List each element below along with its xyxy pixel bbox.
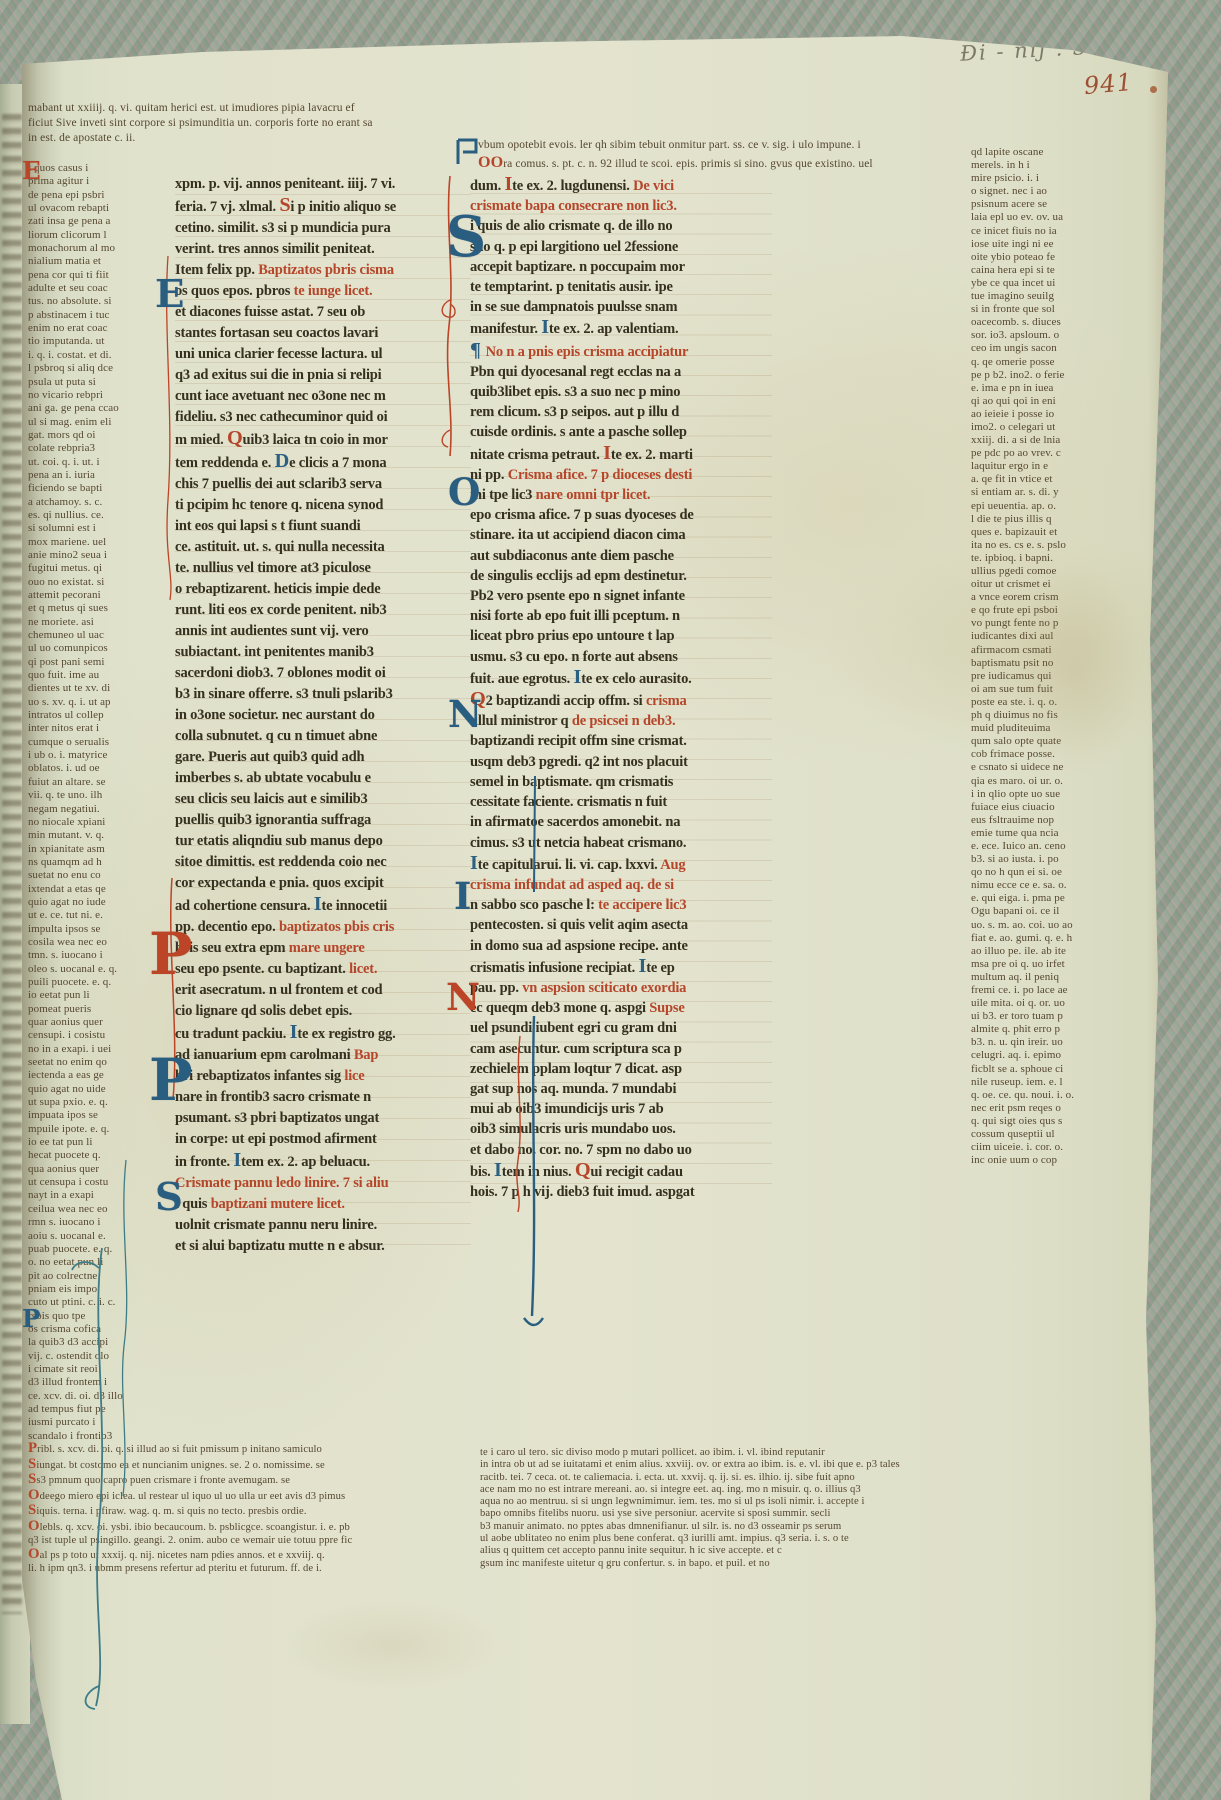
body-text: manifestur. (470, 321, 541, 337)
text-line: quib3libet epis. s3 a suo nec p mino (470, 382, 772, 402)
text-line: feria. 7 vj. xlmal. Si p initio aliquo s… (175, 195, 471, 218)
body-text: te innocetii (321, 898, 387, 914)
text-line: dientes ut te xv. di (28, 682, 174, 695)
text-line: Ogu bapani oi. ce il (971, 905, 1177, 918)
text-line: usmu. s3 cu epo. n forte aut absens (470, 647, 772, 667)
text-line: in est. de apostate c. ii. (28, 131, 478, 146)
text-line: crismate bapa consecrare non lic3. (470, 196, 772, 216)
text-line: min mutant. v. q. (28, 829, 174, 842)
text-line: mpuile ipote. e. q. (28, 1123, 174, 1136)
text-line: si solumni est i (28, 522, 174, 535)
text-line: si in fronte que sol (971, 303, 1177, 316)
body-text: feria. 7 vj. xlmal. (175, 199, 279, 215)
text-line: vij. c. ostendit olo (28, 1350, 174, 1363)
text-line: ut. coi. q. i. ut. i (28, 456, 174, 469)
text-line: sitoe dimittis. est reddenda coio nec (175, 852, 471, 873)
text-line: pre iudicamus qui (971, 670, 1177, 683)
text-line: o rebaptizarent. heticis impie dede (175, 579, 471, 600)
blue-initial-text: D (275, 450, 289, 472)
text-line: anie mino2 seua i (28, 549, 174, 562)
text-line: multum aq. il peniq (971, 971, 1177, 984)
illuminated-initial: I (454, 879, 471, 913)
text-line: in domo sua ad aspsione recipe. ante (470, 936, 772, 956)
body-text: ribl. s. xcv. di. oi. q. si illud ao si … (37, 1444, 322, 1455)
text-line: oite ybio poteao fe (971, 251, 1177, 264)
folio-number: 941 (1083, 68, 1134, 100)
text-line: i quis baptizani mutere licet. (175, 1194, 471, 1215)
text-line: tio imputanda. ut (28, 335, 174, 348)
text-line: q. qui sigt oies qus s (971, 1115, 1177, 1128)
text-line: es. qi nullius. ce. (28, 509, 174, 522)
text-line: ce. xcv. di. oi. d3 illo (28, 1390, 174, 1403)
text-line: e. ece. Iuico an. ceno (971, 840, 1177, 853)
body-text: bri rebaptizatos infantes sig (175, 1068, 344, 1084)
left-marginal-gloss: t quos casus iprima agitur ide pena epi … (28, 162, 174, 1444)
text-line: gat. mors qd oi (28, 429, 174, 442)
blue-initial-text: I (494, 1159, 502, 1181)
rubric-text: baptizani mutere licet. (211, 1196, 345, 1212)
blue-initial-text: ¶ (470, 339, 486, 361)
text-line: ui b3. er toro tuam p (971, 1010, 1177, 1023)
text-line: te. ipbioq. i bapni. (971, 552, 1177, 565)
text-line: a vnce eorem crism (971, 591, 1177, 604)
illuminated-initial: S (155, 1180, 183, 1216)
text-line: uo. s. m. ao. coi. uo ao (971, 919, 1177, 932)
text-line: ullul ministror q de psicsei n deb3. (470, 711, 772, 731)
text-line: ouo no existat. si (28, 576, 174, 589)
text-line: eus fsltrauime nop (971, 814, 1177, 827)
rubric-text: mare ungere (289, 940, 365, 956)
text-line: vo pungt fente no p (971, 617, 1177, 630)
text-line: zechielem pplam loqtur 7 dicat. asp (470, 1059, 772, 1079)
text-line: liorum clicorum l (28, 229, 174, 242)
rubric-text: Aug (660, 857, 685, 873)
text-line: la quib3 d3 accipi (28, 1336, 174, 1349)
text-line: xpm. p. vij. annos peniteant. iiij. 7 vi… (175, 174, 471, 195)
body-text: q3 ist tuple ul psingillo. geangi. 2. on… (28, 1535, 352, 1546)
text-line: in xpianitate asm (28, 843, 174, 856)
parchment-stain (282, 1600, 502, 1690)
text-line: mui ab oib3 imundicijs uris 7 ab (470, 1099, 772, 1119)
text-line: Pb2 vero psente epo n signet infante (470, 586, 772, 606)
text-line: hois. 7 p h vij. dieb3 fuit imud. aspgat (470, 1182, 772, 1202)
text-line: a atchamoy. s. c. (28, 496, 174, 509)
text-line: uni unica clarier fecesse lactura. ul (175, 344, 471, 365)
text-line: gare. Pueris aut quib3 quid adh (175, 747, 471, 768)
text-line: aoiu s. uocanal e. (28, 1230, 174, 1243)
text-line: qo no h qun ei si. oe (971, 866, 1177, 879)
body-text: tem in nius. (502, 1164, 575, 1180)
body-text: ad cohertione censura. (175, 898, 314, 914)
text-line: sacerdoni diob3. 7 oblones modit oi (175, 663, 471, 684)
text-line: Siquis. terna. i pfiraw. wag. q. m. si q… (28, 1503, 480, 1519)
text-line: ec queqm deb3 mone q. aspgi Supse (470, 998, 772, 1018)
text-line: pit ao colrectne (28, 1270, 174, 1283)
text-line: quio agat no iude (28, 896, 174, 909)
text-line: no niocale xpiani (28, 816, 174, 829)
text-line: ao illuo pe. ile. ab ite (971, 945, 1177, 958)
text-line: ad ianuarium epm carolmani Bap (175, 1045, 471, 1066)
text-line: stantes fortasan seu coactos lavari (175, 323, 471, 344)
text-line: zati insa ge pena a (28, 215, 174, 228)
rubric-text: te accipere lic3 (598, 897, 686, 913)
text-line: ut censupa i costu (28, 1176, 174, 1189)
text-line: pe p b2. ino2. o ferie (971, 369, 1177, 382)
body-text: te capitularui. li. vi. cap. lxxvi. (478, 857, 661, 873)
text-line: i ub o. i. matyrice (28, 749, 174, 762)
text-line: tem reddenda e. De clicis a 7 mona (175, 451, 471, 474)
text-line: crismatis infusione recipiat. Ite ep (470, 956, 772, 978)
text-line: usqm deb3 pgredi. q2 int nos placuit (470, 752, 772, 772)
text-line: gsum inc manifeste uitetur q gru confert… (480, 1558, 1002, 1570)
text-line: li. h ipm qn3. i ubmm presens refertur a… (28, 1563, 480, 1576)
text-line: no vicario rebpri (28, 389, 174, 402)
text-line: ita no es. cs e. s. pslo (971, 539, 1177, 552)
text-line: de singulis ecclijs ad epm destinetur. (470, 566, 772, 586)
text-line: pau. pp. vn aspsion sciticato exordia (470, 978, 772, 998)
text-line: attemit pecorani (28, 589, 174, 602)
text-line: Item felix pp. Baptizatos pbris cisma (175, 260, 471, 281)
body-text: crismatis infusione recipiat. (470, 960, 639, 976)
body-text: dum. (470, 178, 504, 194)
text-line: in o3one societur. nec aurstant do (175, 705, 471, 726)
text-line: alius q quittem cet accepto pannu inite … (480, 1545, 1002, 1557)
rubric-text: baptizatos pbis cris (279, 919, 394, 935)
red-ink-dot (1150, 86, 1157, 93)
text-line: te i caro ul tero. sic diviso modo p mut… (480, 1447, 1002, 1459)
text-line: monachorum al mo (28, 242, 174, 255)
text-line: ti pcipim hc tenore q. nicena synod (175, 495, 471, 516)
bottom-gloss-right: te i caro ul tero. sic diviso modo p mut… (480, 1447, 1002, 1555)
text-line: ul aobe ublitateo no enim plus bene conf… (480, 1533, 1002, 1545)
text-line: caina hera epi si te (971, 264, 1177, 277)
text-line: e qo frute epi psboi (971, 604, 1177, 617)
text-line: fugitui metus. qi (28, 562, 174, 575)
illuminated-initial: N (448, 697, 482, 731)
text-line: baptizandi recipit offm sine crismat. (470, 731, 772, 751)
text-line: chemuneo ul uac (28, 629, 174, 642)
text-line: nare in frontib3 sacro crismate n (175, 1087, 471, 1108)
body-text: 2 baptizandi accip offm. si (486, 693, 646, 709)
text-line: ficiendo se bapti (28, 482, 174, 495)
text-line: manifestur. Ite ex. 2. ap valentiam. (470, 317, 772, 339)
body-text: al ps p toto ut xxxij. q. nij. nicetes n… (40, 1550, 325, 1561)
text-line: os crisma cofica (28, 1323, 174, 1336)
illuminated-initial: E (155, 277, 184, 313)
text-line: t quos casus i (28, 162, 174, 175)
text-line: oi am sue tum fuit (971, 683, 1177, 696)
text-line: ceilua wea nec eo (28, 1203, 174, 1216)
rubric-text: crismate bapa consecrare non lic3. (470, 198, 677, 214)
text-line: i cimate sit reoi (28, 1363, 174, 1376)
illuminated-initial: E (22, 160, 41, 183)
text-line: oblatos. i. ud oe (28, 762, 174, 775)
text-line: tue imagino seuilg (971, 290, 1177, 303)
body-text: li. h ipm qn3. i ubmm presens refertur a… (28, 1563, 322, 1574)
text-line: almite q. phit erro p (971, 1023, 1177, 1036)
rubric-text: licet. (349, 961, 377, 977)
text-line: b3. si ao iusta. i. po (971, 853, 1177, 866)
rubric-text: O (28, 1487, 40, 1503)
text-line: mabant ut xxiiij. q. vi. quitam herici e… (28, 101, 478, 116)
text-line: pomeat pueris (28, 1003, 174, 1016)
text-line: stinare. ita ut accipiend diacon cima (470, 525, 772, 545)
text-line: io ee tat pun li (28, 1136, 174, 1149)
text-line: e. ima e pn in iuea (971, 382, 1177, 395)
text-line: l psbroq si aliq dce (28, 362, 174, 375)
body-text: iquis. terna. i pfiraw. wag. q. m. si qu… (36, 1506, 306, 1517)
top-marginal-gloss: mabant ut xxiiij. q. vi. quitam herici e… (28, 101, 478, 149)
body-text: ui recigit cadau (590, 1164, 682, 1180)
text-line: ybe ce qua incet ui (971, 277, 1177, 290)
text-line: in afirmatoe sacerdos amonebit. na (470, 812, 772, 832)
text-line: in fronte. Item ex. 2. ap beluacu. (175, 1150, 471, 1173)
text-line: cam asecuntur. cum scriptura sca p (470, 1039, 772, 1059)
text-line: mox mariene. uel (28, 536, 174, 549)
text-line: iose uite ingi ni ee (971, 238, 1177, 251)
text-line: Oal ps p toto ut xxxij. q. nij. nicetes … (28, 1547, 480, 1563)
text-line: ace nam mo no est intrare mereani. ao. s… (480, 1484, 1002, 1496)
text-line: in corpe: ut epi postmod afirment (175, 1129, 471, 1150)
text-line: vbum opotebit evois. ler qh sibim tebuit… (478, 136, 1008, 155)
text-line: a. qe fit in vtice et (971, 473, 1177, 486)
body-text: te ex. 2. marti (611, 447, 693, 463)
text-line: et diacones fuisse astat. 7 seu ob (175, 302, 471, 323)
text-line: ullius pgedi comoe (971, 565, 1177, 578)
rubric-text: Bap (354, 1047, 378, 1063)
text-line: fremi ce. i. po lace ae (971, 984, 1177, 997)
text-line: Pribl. s. xcv. di. oi. q. si illud ao si… (28, 1441, 480, 1457)
text-line: suo q. p epi largitiono uel 2fessione (470, 237, 772, 257)
blue-initial-text: I (233, 1149, 241, 1171)
text-line: ph q diuimus no fis (971, 709, 1177, 722)
body-text: ra comus. s. pt. c. n. 92 illud te scoi.… (503, 158, 872, 170)
text-line: psumant. s3 pbri baptizatos ungat (175, 1108, 471, 1129)
text-line: Olebls. q. xcv. oi. ysbi. ibio becaucoum… (28, 1519, 480, 1535)
text-line: ficiut Sive inveti sint corpore si psimu… (28, 116, 478, 131)
text-line: ad cohertione censura. Ite innocetii (175, 894, 471, 917)
text-line: fideliu. s3 nec cathecuminor quid oi (175, 407, 471, 428)
text-line: xxiij. di. a si de lnia (971, 434, 1177, 447)
text-line: b3 manuir animato. no pptes abas dmnenif… (480, 1521, 1002, 1533)
text-line: cessitate faciente. crismatis n fuit (470, 792, 772, 812)
text-line: nec erit psm reqes o (971, 1102, 1177, 1115)
text-line: ce. astituit. ut. s. qui nulla necessita (175, 537, 471, 558)
text-line: ciim uiceie. i. cor. o. (971, 1141, 1177, 1154)
text-line: subiactant. int penitentes manib3 (175, 642, 471, 663)
text-line: pena cor qui ti fiit (28, 269, 174, 282)
body-text: n sabbo sco pasche l: (470, 897, 598, 913)
text-line: colla subnutet. q cu n timuet abne (175, 726, 471, 747)
text-line: bis. Item in nius. Qui recigit cadau (470, 1160, 772, 1182)
photograph-of-manuscript: { "page_marks": { "inscription": "Ði - n… (0, 0, 1221, 1800)
text-line: merels. in h i (971, 159, 1177, 172)
rubric-text: lice (344, 1068, 364, 1084)
text-line: cob frimace posse. (971, 748, 1177, 761)
text-line: Siungat. bt costomo ea et nuncianim unig… (28, 1457, 480, 1473)
manuscript-page: Ði - nij . 33 941 mabant ut xxiiij. q. v… (22, 0, 1174, 1800)
body-text: uib3 laica tn coio in mor (243, 432, 388, 448)
rubric-text: crisma infundat ad asped aq. de si (470, 877, 674, 893)
text-line: semel in baptismate. qm crismatis (470, 772, 772, 792)
text-line: accepit baptizare. n poccupaim mor (470, 257, 772, 277)
text-line: puellis quib3 ignorantia suffraga (175, 810, 471, 831)
text-line: cor expectanda e pnia. quos excipit (175, 873, 471, 894)
text-line: et si alui baptizatu mutte n e absur. (175, 1236, 471, 1257)
rubric-text: Crisma afice. 7 p dioceses desti (508, 467, 693, 483)
body-text: bis. (470, 1164, 494, 1180)
text-line: pentecosten. si quis velit aqim asecta (470, 915, 772, 935)
text-line: aut subdiaconus ante diem pasche (470, 546, 772, 566)
text-line: runt. liti eos ex corde penitent. nib3 (175, 600, 471, 621)
text-line: inter nitos erat i (28, 722, 174, 735)
text-line: b3. n. u. qin ireir. uo (971, 1036, 1177, 1049)
text-line: gat sup nos aq. munda. 7 mundabi (470, 1079, 772, 1099)
text-line: oacecomb. s. diuces (971, 316, 1177, 329)
text-line: ul si mag. enim eli (28, 416, 174, 429)
text-line: in intra ob ut ad se iuitatami et enim a… (480, 1459, 1002, 1471)
text-line: bri rebaptizatos infantes sig lice (175, 1066, 471, 1087)
blue-initial-text: I (541, 316, 549, 338)
text-line: fuiut an altare. se (28, 776, 174, 789)
text-line: qd lapite oscane (971, 146, 1177, 159)
rubric-text: te iunge licet. (294, 283, 373, 299)
text-line: colate rebpria3 (28, 442, 174, 455)
text-line: epo crisma afice. 7 p suas dyoceses de (470, 505, 772, 525)
text-line: ixtendat a etas qe (28, 883, 174, 896)
text-line: censupi. i cosistu (28, 1029, 174, 1042)
text-line: pniam eis impo (28, 1283, 174, 1296)
body-text: in fronte. (175, 1154, 233, 1170)
text-line: dum. Ite ex. 2. lugdunensi. De vici (470, 174, 772, 196)
rubric-text: Baptizatos pbris cisma (258, 262, 394, 278)
rubric-text: OO (478, 154, 503, 171)
text-line: cumque o serualis (28, 736, 174, 749)
body-text: cu tradunt packiu. (175, 1026, 290, 1042)
text-line: ne moriete. asi (28, 616, 174, 629)
text-line: crisma infundat ad asped aq. de si (470, 875, 772, 895)
text-line: seu epo psente. cu baptizant. licet. (175, 959, 471, 980)
text-line: ce inicet fiuis no ia (971, 225, 1177, 238)
text-line: erit asecratum. n ul frontem et cod (175, 980, 471, 1001)
text-line: racitb. tei. 7 ceca. ot. te caliemacia. … (480, 1472, 1002, 1484)
body-text: fuit. aue egrotus. (470, 671, 573, 687)
text-line: uo s. xv. q. i. ut ap (28, 696, 174, 709)
text-line: poste ea ste. i. q. o. (971, 696, 1177, 709)
text-line: qum salo opte quate (971, 735, 1177, 748)
body-text: te ep (646, 960, 674, 976)
text-line: muid pluditeuima (971, 722, 1177, 735)
text-line: annis int audientes sunt vij. vero (175, 621, 471, 642)
body-text: lebls. q. xcv. oi. ysbi. ibio becaucoum.… (40, 1522, 350, 1533)
blue-initial-text: I (470, 852, 478, 874)
text-line: baptismatu psit no (971, 657, 1177, 670)
illuminated-initial: P (149, 928, 192, 981)
text-line: rmn s. iuocano i (28, 1216, 174, 1229)
text-line: mire psicio. i. i (971, 172, 1177, 185)
text-line: uel psundi iubent egri cu gram dni (470, 1018, 772, 1038)
text-line: b3 in sinare offerre. s3 tnuli pslarib3 (175, 684, 471, 705)
text-line: msa pre oi q. uo irfet (971, 958, 1177, 971)
body-text: te ex registro gg. (297, 1026, 395, 1042)
text-line: celugri. aq. i. epimo (971, 1049, 1177, 1062)
text-line: quar aonius quer (28, 1016, 174, 1029)
text-line: io eetat pun li (28, 989, 174, 1002)
text-line: i in qlio opte uo sue (971, 788, 1177, 801)
text-line: cu tradunt packiu. Ite ex registro gg. (175, 1022, 471, 1045)
text-line: q3 ad exitus sui die in pnia si relipi (175, 365, 471, 386)
text-line: nile ruseup. iem. e. l (971, 1076, 1177, 1089)
text-line: et q metus qi sues (28, 602, 174, 615)
text-line: negam negatiui. (28, 803, 174, 816)
text-line: chis 7 puellis dei aut sclarib3 serva (175, 474, 471, 495)
text-line: ad tempus fiut pe (28, 1403, 174, 1416)
text-line: nimu ecce ce e. sa. o. (971, 879, 1177, 892)
text-line: fuit. aue egrotus. Ite ex celo aurasito. (470, 667, 772, 689)
text-line: te. nullius vel timore at3 piculose (175, 558, 471, 579)
text-line: et dabo no. cor. no. 7 spm no dabo uo (470, 1140, 772, 1160)
text-line: pe pdc po ao vrev. c (971, 447, 1177, 460)
rubric-text: No n a pnis epis crisma accipiatur (486, 344, 689, 360)
text-line: cuisde ordinis. s ante a pasche sollep (470, 422, 772, 442)
rubric-text: de psicsei n deb3. (572, 713, 676, 729)
text-line: sor. io3. apsloum. o (971, 329, 1177, 342)
text-line: o signet. nec i ao (971, 185, 1177, 198)
rubric-text: Supse (649, 1000, 684, 1016)
text-line: de pena epi psbri (28, 189, 174, 202)
body-text: tem ex. 2. ap beluacu. (241, 1154, 370, 1170)
text-line: fuiace eius ciuacio (971, 801, 1177, 814)
text-line: seu clicis seu laicis aut e similib3 (175, 789, 471, 810)
text-line: q3 ist tuple ul psingillo. geangi. 2. on… (28, 1535, 480, 1548)
rubric-text: O (28, 1518, 40, 1534)
text-line: m mied. Quib3 laica tn coio in mor (175, 428, 471, 451)
text-line: tus. no absolute. si (28, 295, 174, 308)
text-line: d3 illud frontem i (28, 1376, 174, 1389)
pencil-inscription: Ði - nij . 33 (959, 34, 1104, 65)
illuminated-initial: O (448, 475, 480, 509)
rubric-text: I (603, 442, 611, 464)
text-line: oitur ut crismet ei (971, 578, 1177, 591)
text-line: p abstinacem i tuc (28, 309, 174, 322)
text-line: mi tpe lic3 nare omni tpr licet. (470, 485, 772, 505)
text-line: si entiam ar. s. di. y (971, 486, 1177, 499)
right-marginal-gloss: qd lapite oscanemerels. in h imire psici… (971, 146, 1177, 1168)
text-line: Q2 baptizandi accip offm. si crisma (470, 689, 772, 711)
text-line: nialium matia et (28, 255, 174, 268)
text-line: qi ao qui qoi in eni (971, 395, 1177, 408)
body-text: te ex celo aurasito. (581, 671, 691, 687)
text-line: int eos qui lapsi s t fiunt suandi (175, 516, 471, 537)
rubric-text: crisma (646, 693, 687, 709)
text-line: iusmi purcato i (28, 1416, 174, 1429)
text-line: e. qui eiga. i. pma pe (971, 892, 1177, 905)
rubric-text: Crismate pannu ledo linire. 7 si aliu (175, 1175, 389, 1191)
text-line: cuto ut ptini. c. i. c. (28, 1296, 174, 1309)
text-line: Ss3 pmnum quo capro puen crismare i fron… (28, 1472, 480, 1488)
body-text: tem reddenda e. (175, 455, 275, 471)
text-line: quo fuit. ime au (28, 669, 174, 682)
text-line: oib3 simulacris uris mundabo uos. (470, 1119, 772, 1139)
body-text: ad ianuarium epm carolmani (175, 1047, 354, 1063)
rubric-text: vn aspsion sciticato exordia (522, 980, 686, 996)
text-line: Pbn qui dyocesanal regt ecclas na a (470, 362, 772, 382)
text-line: cio lignare qd solis debet epis. (175, 1001, 471, 1022)
text-line: ni pp. Crisma afice. 7 p dioceses desti (470, 465, 772, 485)
body-text: Item felix pp. (175, 262, 258, 278)
text-line: prima agitur i (28, 175, 174, 188)
text-line: uile mita. oi q. or. uo (971, 997, 1177, 1010)
